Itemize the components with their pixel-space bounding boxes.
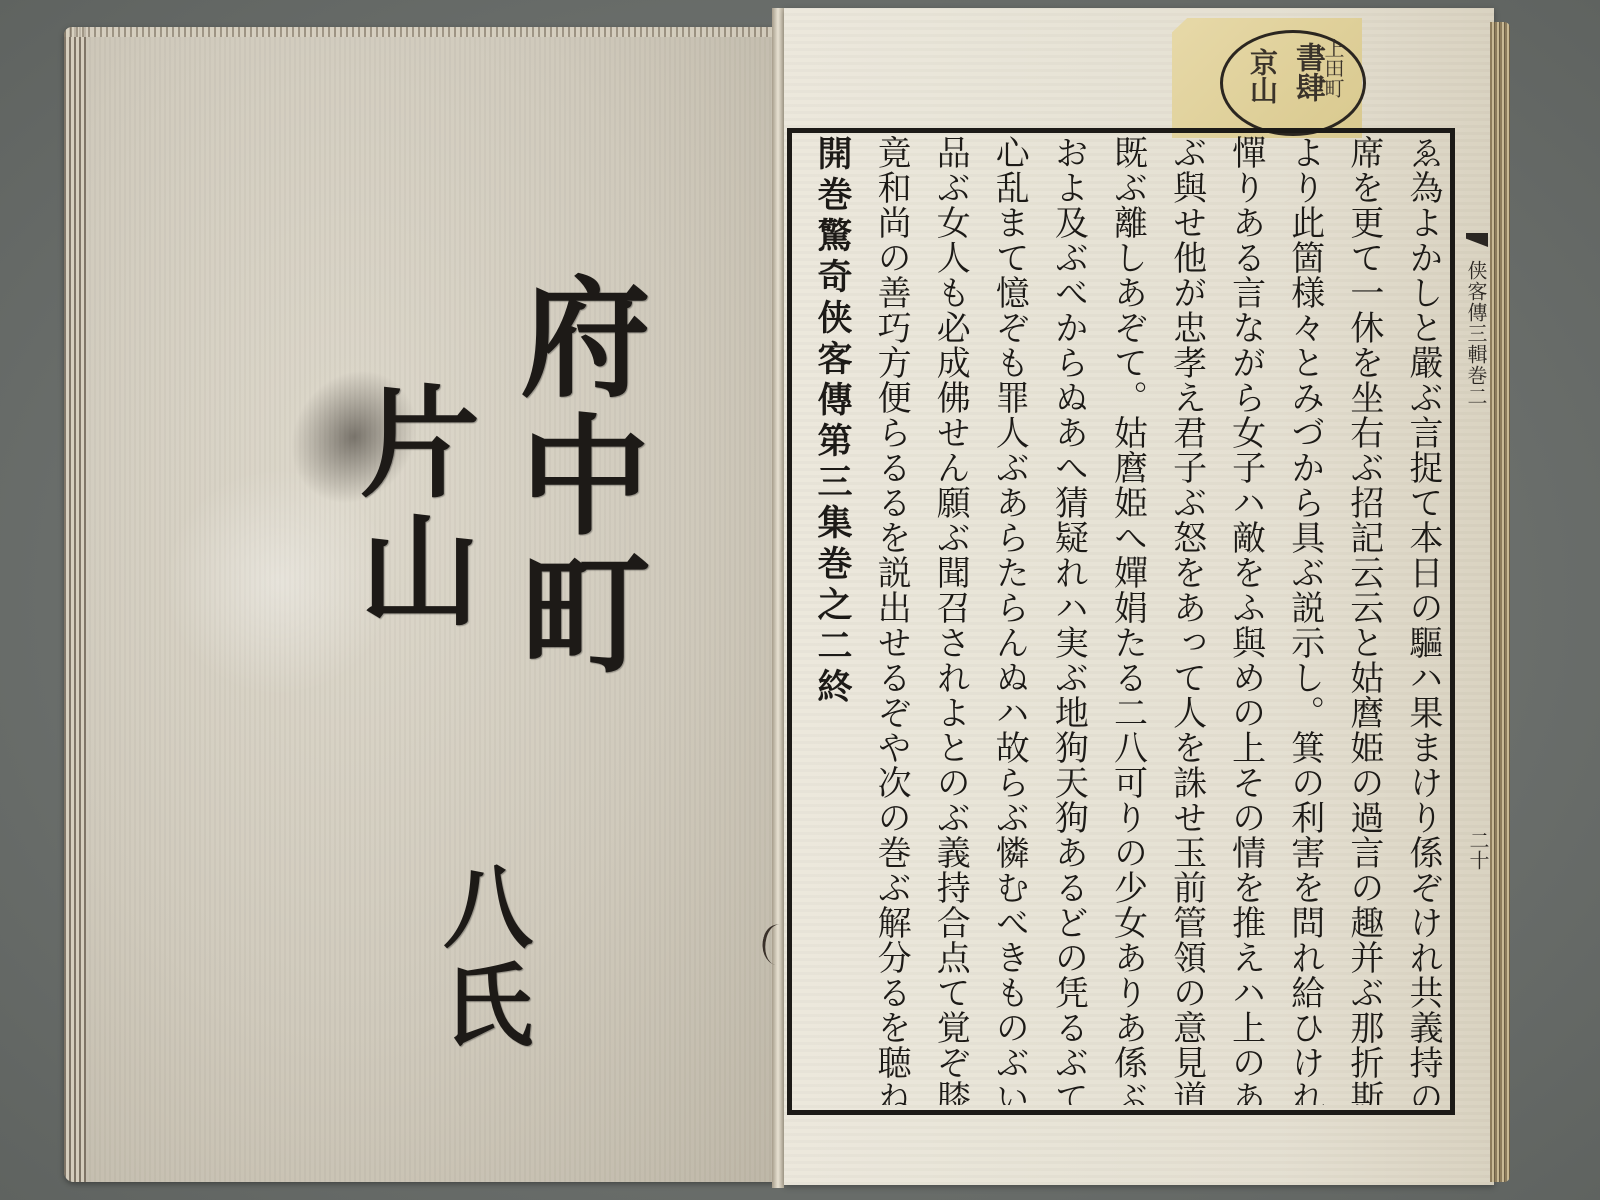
- calligraphy-owner-suffix: 八氏: [430, 860, 530, 1056]
- seal-text-line3: 京山: [1246, 48, 1278, 104]
- margin-page-number: 二十: [1466, 830, 1490, 870]
- calligraphy-place-name: 府中町: [500, 270, 650, 684]
- colophon-volume-end: 開巻驚奇侠客傳第三集巻之二終: [805, 135, 859, 1105]
- text-column: 品ぶ女人も必成佛せん願ぶ聞召されよとのぶ義持合点て覚ぞ膝を進める畢: [923, 135, 977, 1105]
- page-fore-edge: [1490, 22, 1510, 1182]
- text-column: 竟和尚の善巧方便らるるを説出せるぞや次の巻ぶ解分るを聴ねかし。: [864, 135, 918, 1105]
- open-book: 府中町 片山 八氏 上田町 書肆 京山 侠客傳三輯巻二 二十 ゑ為よかしと嚴ぶ言…: [0, 0, 1600, 1200]
- fishtail-mark-icon: [1466, 233, 1488, 247]
- margin-book-title: 侠客傳三輯巻二: [1464, 260, 1488, 407]
- text-column: より此箇様々とみづから具ぶ説示し。箕の利害を問れ給ひけれバ一休倩う所て最: [1278, 135, 1332, 1105]
- calligraphy-owner-surname: 片山: [340, 380, 480, 636]
- text-column: 席を更て一休を坐右ぶ招記云云と姑麿姫の過言の趣并ぶ那折斯波義将の意見あ: [1337, 135, 1391, 1105]
- text-columns: ゑ為よかしと嚴ぶ言捉て本日の驅ハ果まけり係ぞけれ共義持の怒の氣残らずわら腐れバ。…: [805, 135, 1450, 1110]
- seal-text-line2: 書肆: [1290, 42, 1324, 102]
- text-column: ぶ與せ他が忠孝え君子ぶ怒をあって人を誅せ玉前管領の意見道理ぶ庶あり。: [1160, 135, 1214, 1105]
- text-column: 既ぶ離しあぞて。姑麿姫へ嬋娟たる二八可りの少女ありあ係ぶ言語進止ハ男子とのへ: [1100, 135, 1154, 1105]
- text-column: 心乱まて憶ぞも罪人ぶあらたらんぬハ故らぶ憐むべきものぶいはぞや。拙僧新作の譬諭: [982, 135, 1036, 1105]
- text-column: およ及ぶべからぬあへ猜疑れハ実ぶ地狗天狗あるどの凭るぶてそいいぬ倘物の怪ふら: [1041, 135, 1095, 1105]
- text-column: ゑ為よかしと嚴ぶ言捉て本日の驅ハ果まけり係ぞけれ共義持の怒の氣残らずわら腐れバ。: [1396, 135, 1450, 1105]
- text-column: 憚りある言ながら女子ハ敵をふ與めの上その情を推えハ上のあん與ぶ時逆意: [1219, 135, 1273, 1105]
- book-spine-gutter: [772, 8, 784, 1188]
